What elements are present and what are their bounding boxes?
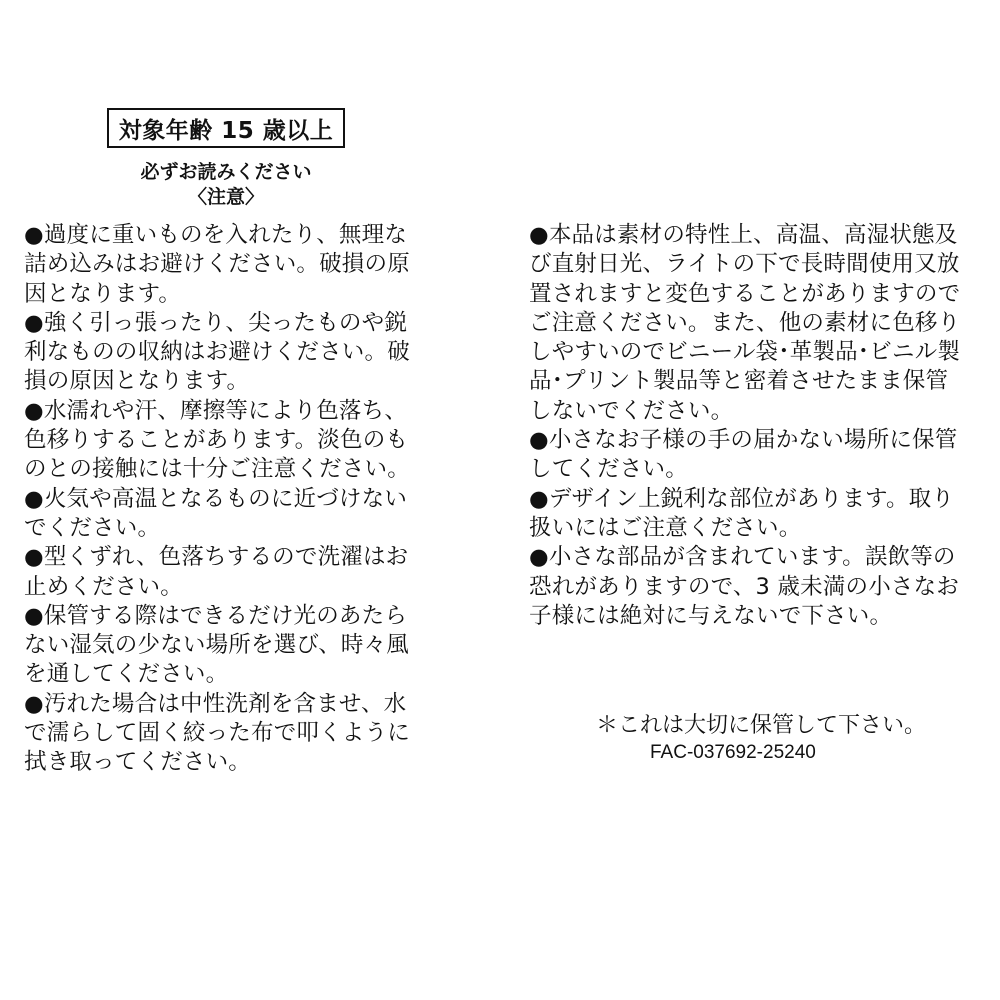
warning-line: 品･プリント製品等と密着させたまま保管 xyxy=(529,367,979,396)
warning-line: 色移りすることがあります。淡色のも xyxy=(24,426,444,455)
warning-line: を通してください。 xyxy=(24,660,444,689)
warning-line: 因となります。 xyxy=(24,280,444,309)
age-rating-box: 対象年齢 15 歳以上 xyxy=(107,108,345,148)
warning-line: 詰め込みはお避けください。破損の原 xyxy=(24,250,444,279)
warning-line: 恐れがありますので、3 歳未満の小さなお xyxy=(529,573,979,602)
warning-line: でください。 xyxy=(24,514,444,543)
warning-line: 損の原因となります。 xyxy=(24,367,444,396)
warning-line: ●本品は素材の特性上、高温、高湿状態及 xyxy=(529,221,979,250)
warning-line: ●水濡れや汗、摩擦等により色落ち、 xyxy=(24,397,444,426)
warning-line: 置されますと変色することがありますので xyxy=(529,280,979,309)
warning-line: 扱いにはご注意ください。 xyxy=(529,514,979,543)
warning-line: ●型くずれ、色落ちするので洗濯はお xyxy=(24,543,444,572)
warning-line: ない湿気の少ない場所を選び、時々風 xyxy=(24,631,444,660)
left-warnings-column: ●過度に重いものを入れたり、無理な 詰め込みはお避けください。破損の原 因となり… xyxy=(24,221,444,778)
warning-line: のとの接触には十分ご注意ください。 xyxy=(24,455,444,484)
warning-line: しやすいのでビニール袋･革製品･ビニル製 xyxy=(529,338,979,367)
warning-line: ●強く引っ張ったり、尖ったものや鋭 xyxy=(24,309,444,338)
product-code: FAC-037692-25240 xyxy=(650,742,816,764)
age-rating-label: 対象年齢 15 歳以上 xyxy=(119,112,334,145)
caution-heading: 〈注意〉 xyxy=(107,182,345,209)
warning-line: 止めください。 xyxy=(24,573,444,602)
warning-line: ●デザイン上鋭利な部位があります。取り xyxy=(529,485,979,514)
must-read-heading: 必ずお読みください xyxy=(107,157,345,184)
warning-line: び直射日光、ライトの下で長時間使用又放 xyxy=(529,250,979,279)
warning-line: ご注意ください。また、他の素材に色移り xyxy=(529,309,979,338)
warning-line: 利なものの収納はお避けください。破 xyxy=(24,338,444,367)
warning-line: 子様には絶対に与えないで下さい。 xyxy=(529,602,979,631)
warning-line: ●汚れた場合は中性洗剤を含ませ、水 xyxy=(24,690,444,719)
warning-line: で濡らして固く絞った布で叩くように xyxy=(24,719,444,748)
warning-line: ●小さな部品が含まれています。誤飲等の xyxy=(529,543,979,572)
warning-line: してください。 xyxy=(529,455,979,484)
warning-line: ●過度に重いものを入れたり、無理な xyxy=(24,221,444,250)
warning-line: ●保管する際はできるだけ光のあたら xyxy=(24,602,444,631)
keep-notice: ＊これは大切に保管して下さい。 xyxy=(596,708,926,739)
warning-line: ●小さなお子様の手の届かない場所に保管 xyxy=(529,426,979,455)
warning-line: ●火気や高温となるものに近づけない xyxy=(24,485,444,514)
right-warnings-column: ●本品は素材の特性上、高温、高湿状態及 び直射日光、ライトの下で長時間使用又放 … xyxy=(529,221,979,631)
warning-line: しないでください。 xyxy=(529,397,979,426)
warning-line: 拭き取ってください。 xyxy=(24,748,444,777)
